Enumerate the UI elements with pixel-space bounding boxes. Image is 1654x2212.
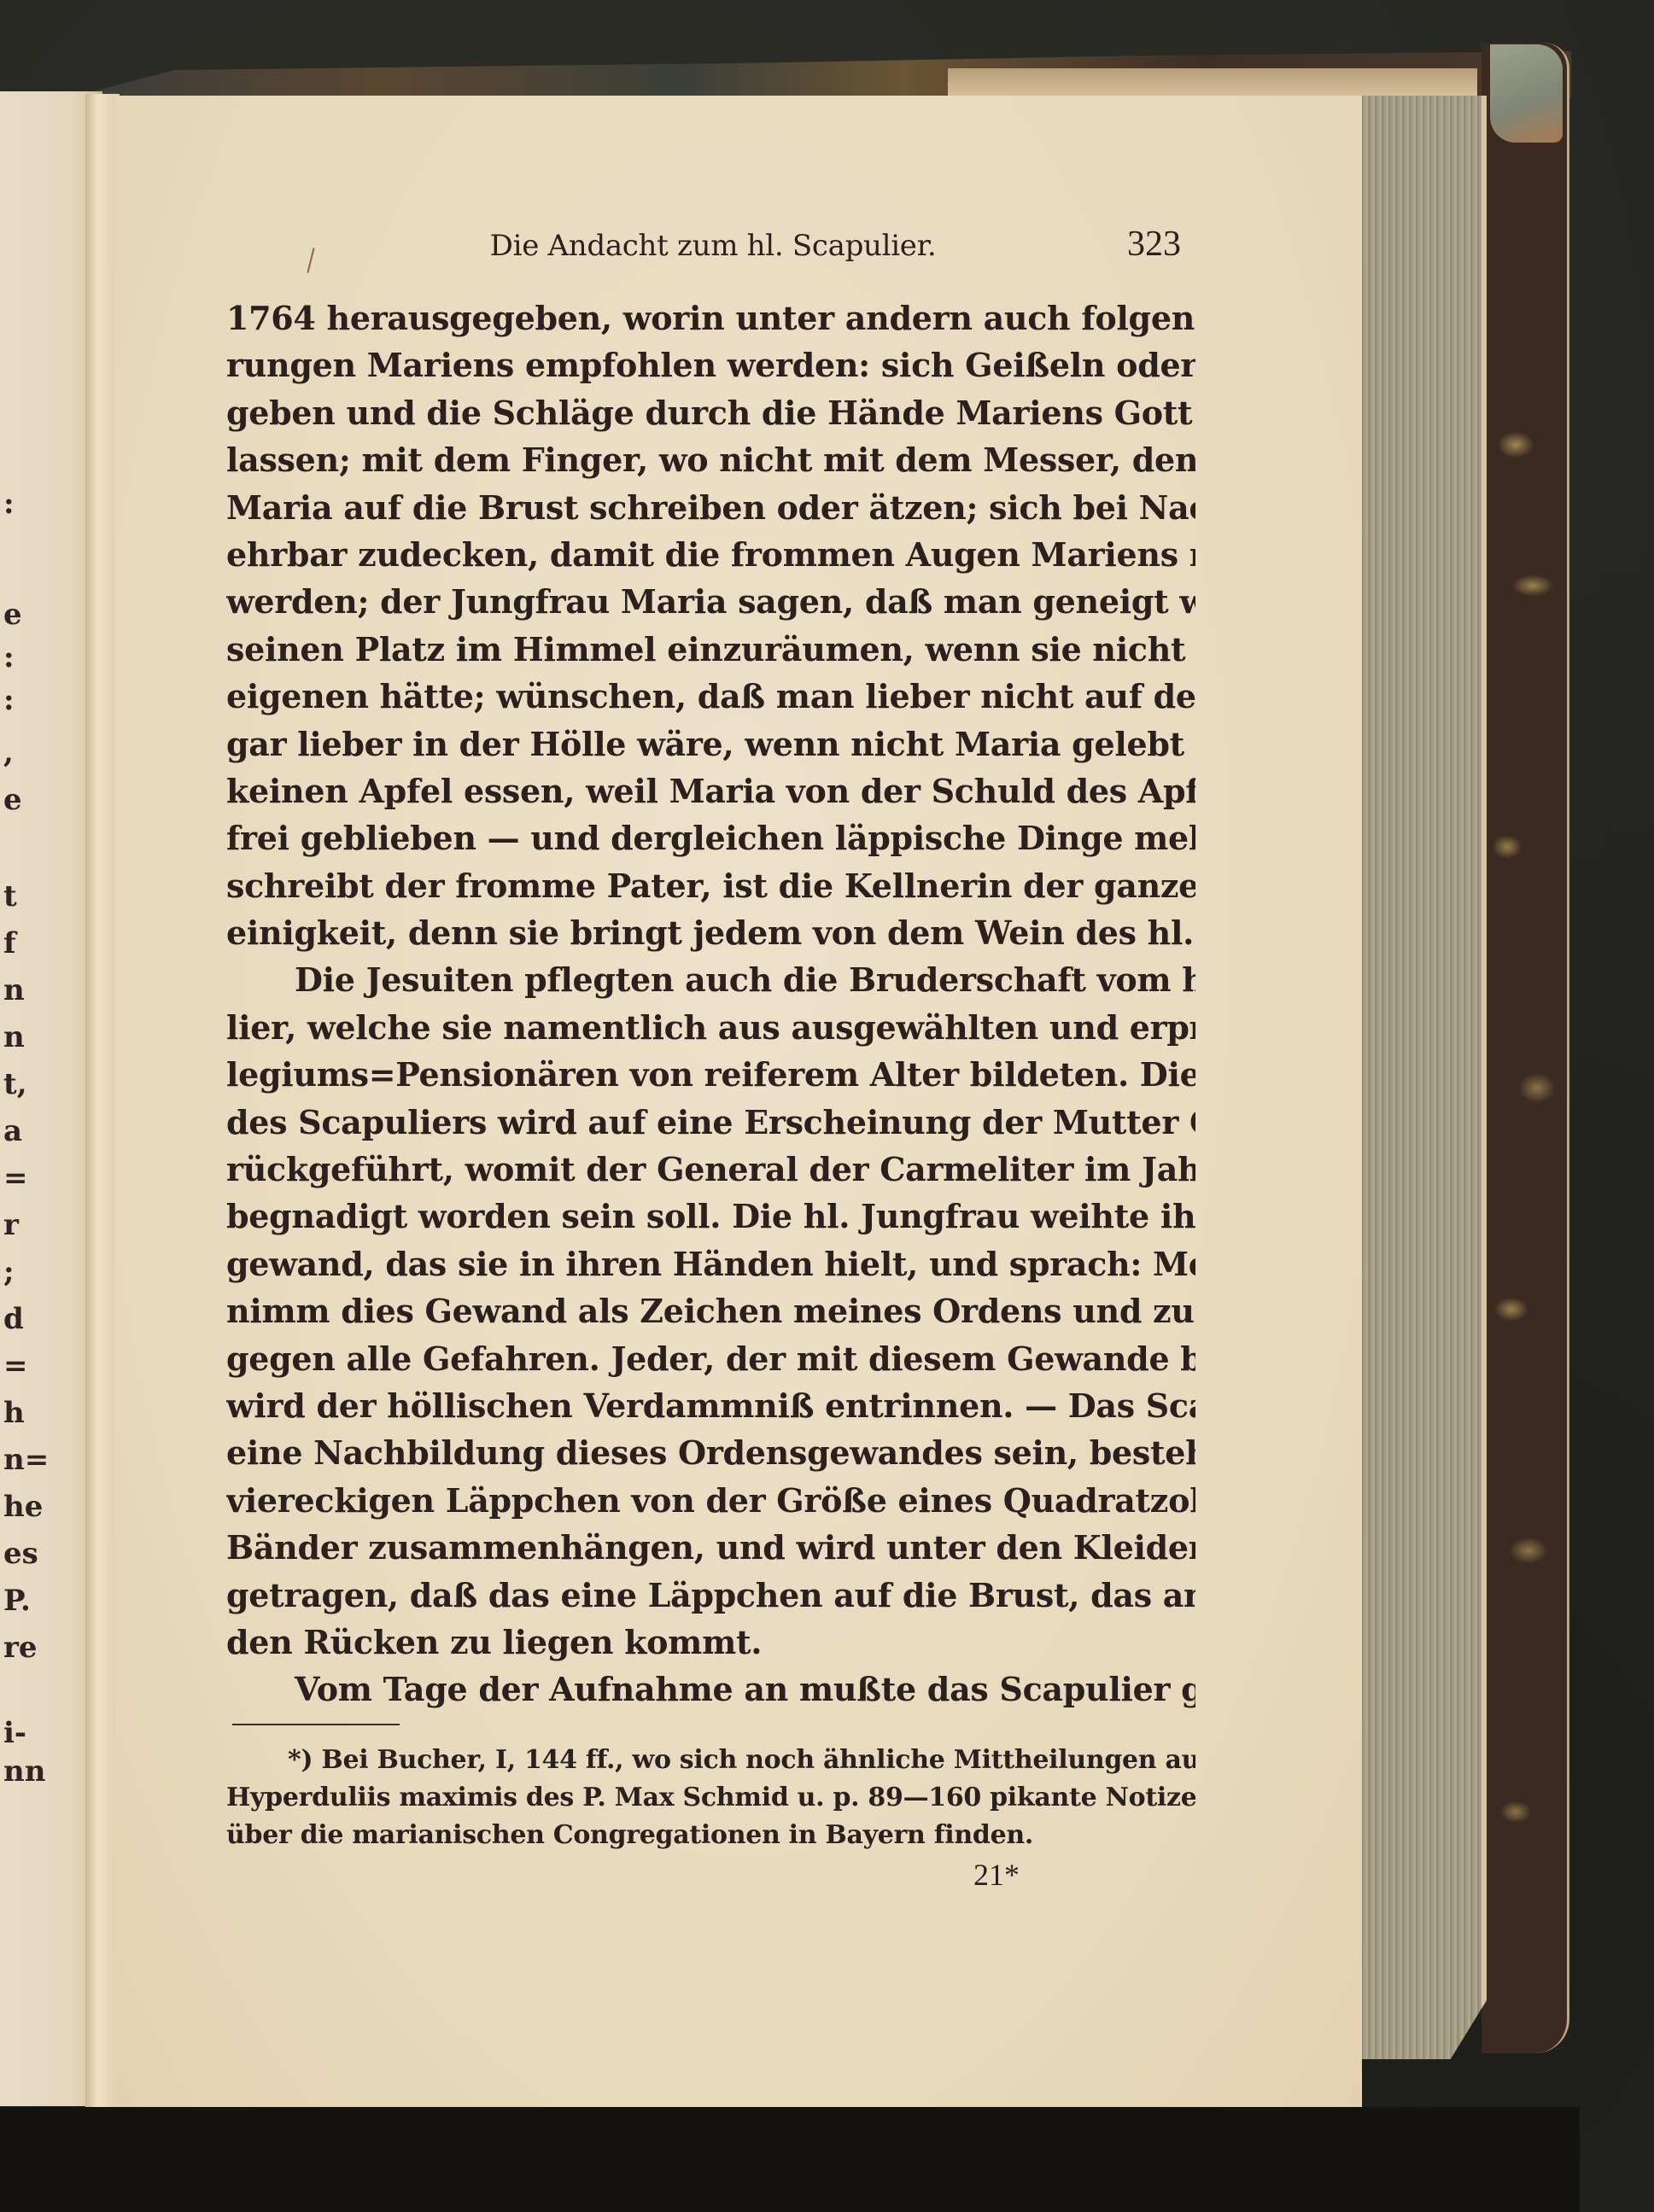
facing-page-fragment: i-	[3, 1716, 26, 1750]
body-line: geben und die Schläge durch die Hände Ma…	[226, 389, 1195, 436]
body-line: eigenen hätte; wünschen, daß man lieber …	[226, 673, 1195, 720]
body-line: rückgeführt, womit der General der Carme…	[226, 1146, 1195, 1193]
facing-page-fragment: n	[3, 973, 25, 1007]
footnote-line: *) Bei Bucher, I, 144 ff., wo sich noch …	[226, 1742, 1195, 1779]
body-line: getragen, daß das eine Läppchen auf die …	[226, 1572, 1195, 1619]
body-line: einigkeit, denn sie bringt jedem von dem…	[226, 909, 1195, 956]
facing-page-fragment: :	[3, 487, 15, 521]
body-line: des Scapuliers wird auf eine Erscheinung…	[226, 1099, 1195, 1146]
page-block-top	[948, 68, 1477, 98]
book-shadow	[0, 2107, 1580, 2212]
running-head: Die Andacht zum hl. Scapulier.	[474, 229, 952, 263]
footnote-line: Hyperduliis maximis des P. Max Schmid u.…	[226, 1779, 1195, 1817]
body-line: Maria auf die Brust schreiben oder ätzen…	[226, 484, 1195, 531]
facing-page-fragment: =	[3, 1349, 28, 1383]
page-number: 323	[1127, 224, 1181, 265]
facing-page-fragment: d	[3, 1302, 24, 1336]
body-line: nimm dies Gewand als Zeichen meines Orde…	[226, 1287, 1195, 1334]
facing-page-fragment: e	[3, 598, 22, 632]
facing-page-fragment: f	[3, 926, 16, 960]
facing-page-fragment: r	[3, 1208, 19, 1242]
facing-page-fragment: P.	[3, 1584, 31, 1618]
body-line: frei geblieben — und dergleichen läppisc…	[226, 814, 1195, 861]
body-line: werden; der Jungfrau Maria sagen, daß ma…	[226, 578, 1195, 625]
paragraph-start-line: Vom Tage der Aufnahme an mußte das Scapu…	[226, 1666, 1195, 1713]
signature-mark: 21*	[973, 1857, 1020, 1893]
facing-page-fragment: re	[3, 1631, 38, 1665]
body-line: legiums=Pensionären von reiferem Alter b…	[226, 1051, 1195, 1098]
facing-page-fragment: :	[3, 640, 15, 674]
facing-page-fragment: a	[3, 1114, 22, 1148]
page-fore-edge	[1358, 96, 1487, 2059]
body-line: wird der höllischen Verdammniß entrinnen…	[226, 1382, 1195, 1429]
facing-page-fragment: =	[3, 1161, 28, 1195]
facing-page-fragment: :	[3, 683, 15, 717]
body-line: keinen Apfel essen, weil Maria von der S…	[226, 767, 1195, 814]
body-line: 1764 herausgegeben, worin unter andern a…	[226, 295, 1195, 341]
facing-page-fragment: he	[3, 1490, 43, 1524]
facing-page-fragment: t	[3, 879, 17, 913]
body-line: Bänder zusammenhängen, und wird unter de…	[226, 1524, 1195, 1571]
body-line: gewand, das sie in ihren Händen hielt, u…	[226, 1240, 1195, 1287]
marbled-book-cover	[1482, 43, 1569, 2053]
facing-page-fragment: t,	[3, 1067, 27, 1101]
facing-page-fragment: n	[3, 1020, 25, 1054]
body-line: lier, welche sie namentlich aus ausgewäh…	[226, 1004, 1195, 1051]
body-line: gar lieber in der Hölle wäre, wenn nicht…	[226, 721, 1195, 767]
facing-page-fragment: n=	[3, 1443, 49, 1477]
body-line: gegen alle Gefahren. Jeder, der mit dies…	[226, 1335, 1195, 1382]
body-line: schreibt der fromme Pater, ist die Kelln…	[226, 862, 1195, 909]
body-line: seinen Platz im Himmel einzuräumen, wenn…	[226, 626, 1195, 673]
footnotes: *) Bei Bucher, I, 144 ff., wo sich noch …	[226, 1742, 1195, 1854]
facing-page-fragment: e	[3, 783, 22, 817]
facing-page-fragment: ;	[3, 1255, 15, 1289]
paragraph-start-line: Die Jesuiten pflegten auch die Brudersch…	[226, 956, 1195, 1003]
facing-page-fragment: nn	[3, 1754, 45, 1789]
book-gutter	[85, 94, 120, 2107]
facing-page-fragment: es	[3, 1537, 38, 1571]
body-line: begnadigt worden sein soll. Die hl. Jung…	[226, 1193, 1195, 1240]
paragraph-end-line: den Rücken zu liegen kommt.	[226, 1619, 1195, 1666]
body-line: eine Nachbildung dieses Ordensgewandes s…	[226, 1429, 1195, 1476]
body-line: viereckigen Läppchen von der Größe eines…	[226, 1477, 1195, 1524]
facing-page-fragment: h	[3, 1396, 25, 1430]
body-line: rungen Mariens empfohlen werden: sich Ge…	[226, 341, 1195, 388]
footnote-line: über die marianischen Congregationen in …	[226, 1817, 1195, 1854]
footnote-rule	[232, 1724, 400, 1725]
worn-cover-corner	[1490, 44, 1563, 143]
body-line: ehrbar zudecken, damit die frommen Augen…	[226, 531, 1195, 578]
body-line: lassen; mit dem Finger, wo nicht mit dem…	[226, 436, 1195, 483]
body-text: 1764 herausgegeben, worin unter andern a…	[226, 295, 1195, 1713]
facing-page-fragment: ,	[3, 736, 14, 770]
